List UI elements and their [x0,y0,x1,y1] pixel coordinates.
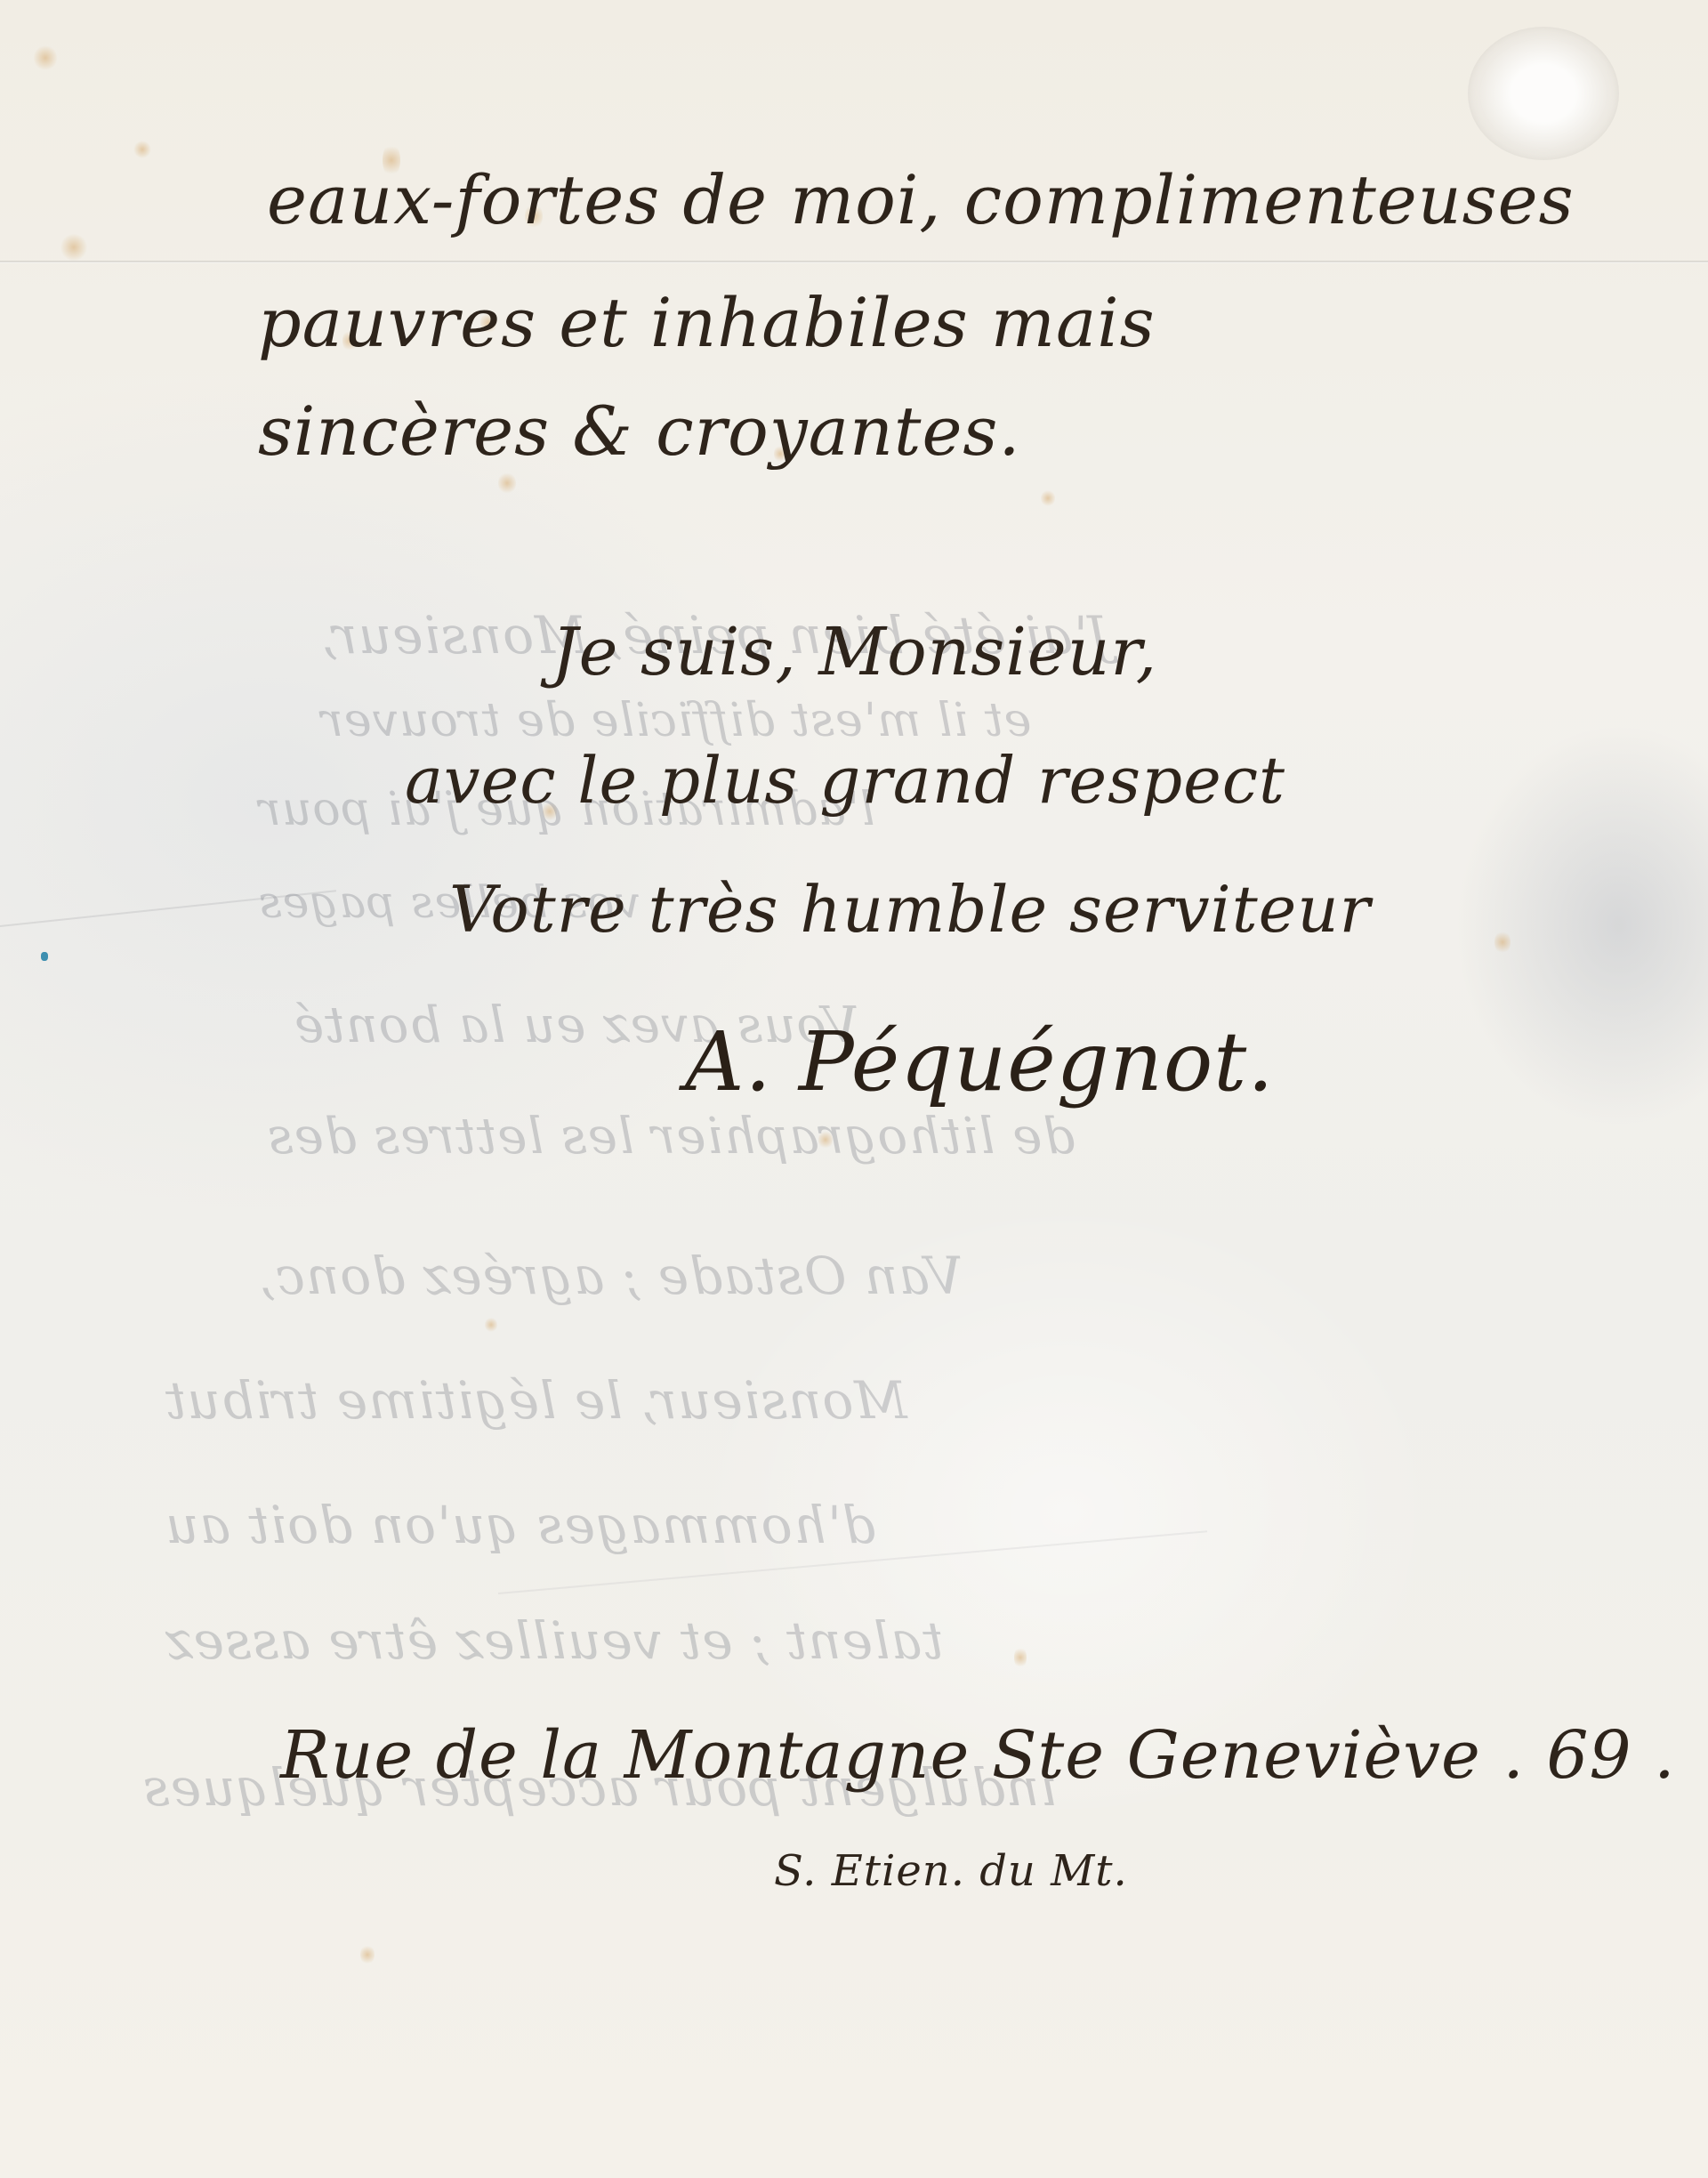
foxing-stain [1494,930,1511,955]
foxing-stain [485,1317,497,1333]
foxing-stain [498,472,516,495]
bleed-through-line: Monsieur, le légitime tribut [165,1370,907,1431]
foxing-stain [360,1944,375,1965]
foxing-stain [1014,1646,1027,1669]
letter-body-line-3: sincères & croyantes. [258,391,1021,471]
blue-ink-mark [41,952,48,961]
fold-crease-top [0,261,1708,263]
foxing-stain [1041,489,1055,507]
bleed-through-line: talent ; et veuillez être assez [165,1610,943,1671]
foxing-stain [60,233,87,262]
letter-body-line-2: pauvres et inhabiles mais [258,283,1156,362]
bleed-through-line: d'hommages qu'on doit au [165,1495,875,1555]
bleed-through-line: et il m'est difficile de trouver [320,694,1031,747]
closing-respect: avec le plus grand respect [405,743,1285,818]
address-district: S. Etien. du Mt. [774,1846,1128,1896]
embossed-seal [1468,27,1619,160]
address-street: Rue de la Montagne Ste Geneviève . 69 . [280,1717,1676,1794]
bleed-through-line: de lithographier les lettres des [267,1108,1075,1166]
foxing-stain [133,141,151,158]
closing-salutation: Je suis, Monsieur, [552,614,1157,690]
signature: A. Péquégnot. [685,1014,1274,1109]
closing-servant: Votre très humble serviteur [449,872,1371,947]
letter-body-line-1: eaux-fortes de moi, complimenteuses [267,160,1575,239]
bleed-through-line: Van Ostade ; agréez donc, [258,1246,963,1306]
foxing-stain [34,44,57,71]
